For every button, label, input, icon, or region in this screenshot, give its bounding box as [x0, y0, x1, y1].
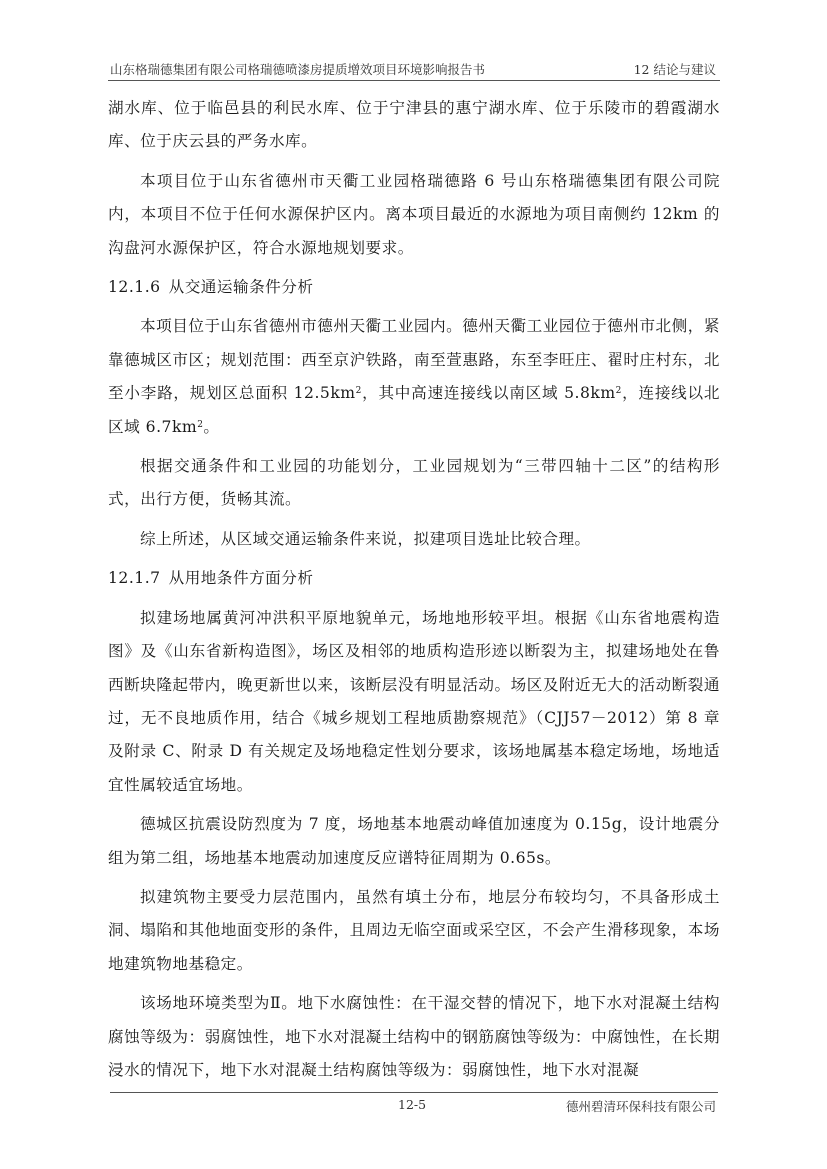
section-number: 12.1.7 [108, 569, 161, 587]
document-title: 山东格瑞德集团有限公司格瑞德喷漆房提质增效项目环境影响报告书 [110, 60, 485, 78]
section-heading-12-1-6: 12.1.6从交通运输条件分析 [108, 271, 720, 304]
footer-divider [110, 1092, 718, 1093]
paragraph-seismic: 德城区抗震设防烈度为 7 度，场地基本地震动峰值加速度为 0.15g，设计地震分… [108, 808, 720, 875]
paragraph-park-location: 本项目位于山东省德州市德州天衢工业园内。德州天衢工业园位于德州市北侧，紧靠德城区… [108, 310, 720, 444]
chapter-title: 12 结论与建议 [634, 60, 716, 78]
header-divider [108, 80, 720, 81]
paragraph-water-source-location: 本项目位于山东省德州市天衢工业园格瑞德路 6 号山东格瑞德集团有限公司院内，本项… [108, 165, 720, 265]
paragraph-geology: 拟建场地属黄河冲洪积平原地貌单元，场地地形较平坦。根据《山东省地震构造图》及《山… [108, 602, 720, 802]
section-number: 12.1.6 [108, 278, 161, 296]
page-footer: 12-5 德州碧清环保科技有限公司 [108, 1097, 720, 1117]
page-header: 山东格瑞德集团有限公司格瑞德喷漆房提质增效项目环境影响报告书 12 结论与建议 [108, 58, 720, 78]
section-title: 从交通运输条件分析 [169, 278, 314, 296]
paragraph-foundation: 拟建筑物主要受力层范围内，虽然有填土分布，地层分布较均匀，不具备形成土洞、塌陷和… [108, 881, 720, 981]
section-title: 从用地条件方面分析 [169, 569, 314, 587]
footer-company: 德州碧清环保科技有限公司 [566, 1097, 716, 1115]
paragraph-water-sources-continued: 湖水库、位于临邑县的利民水库、位于宁津县的惠宁湖水库、位于乐陵市的碧霞湖水库、位… [108, 92, 720, 159]
page-body: 湖水库、位于临邑县的利民水库、位于宁津县的惠宁湖水库、位于乐陵市的碧霞湖水库、位… [108, 92, 720, 1087]
page-number: 12-5 [398, 1097, 426, 1112]
paragraph-park-structure: 根据交通条件和工业园的功能划分，工业园规划为“三带四轴十二区”的结构形式，出行方… [108, 450, 720, 517]
paragraph-traffic-conclusion: 综上所述，从区域交通运输条件来说，拟建项目选址比较合理。 [108, 523, 720, 556]
section-heading-12-1-7: 12.1.7从用地条件方面分析 [108, 562, 720, 595]
paragraph-corrosion: 该场地环境类型为Ⅱ。地下水腐蚀性：在干湿交替的情况下，地下水对混凝土结构腐蚀等级… [108, 987, 720, 1087]
